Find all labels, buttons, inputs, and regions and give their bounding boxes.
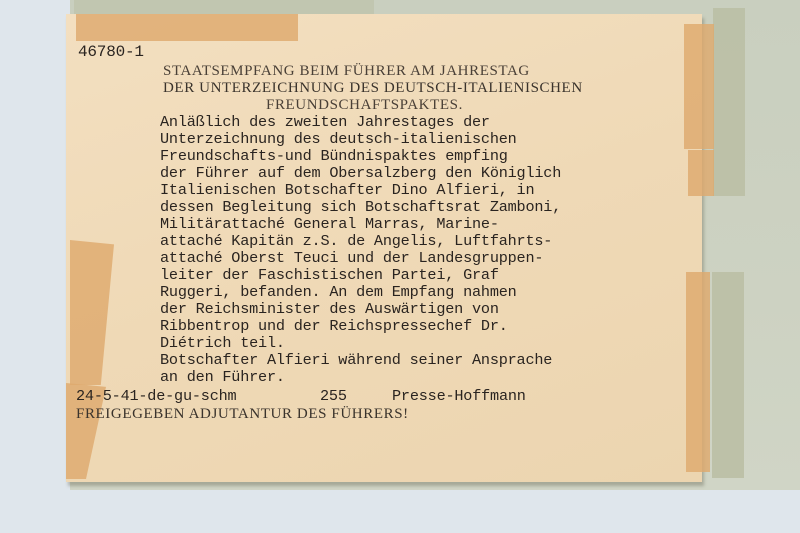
body-line: der Führer auf dem Obersalzberg den Köni… <box>160 165 561 182</box>
body-line: Anläßlich des zweiten Jahrestages der <box>160 114 490 131</box>
footer-number: 255 <box>320 388 347 405</box>
body-line: an den Führer. <box>160 369 285 386</box>
body-line: der Reichsminister des Auswärtigen von <box>160 301 499 318</box>
body-line: Italienischen Botschafter Dino Alfieri, … <box>160 182 534 199</box>
footer-date-code: 24-5-41-de-gu-schm <box>76 388 236 405</box>
body-line: Unterzeichnung des deutsch-italienischen <box>160 131 517 148</box>
footer-release-note: FREIGEGEBEN ADJUTANTUR DES FÜHRERS! <box>76 406 409 423</box>
body-line: attaché Oberst Teuci und der Landesgrupp… <box>160 250 543 267</box>
body-line: Ribbentrop und der Reichspressechef Dr. <box>160 318 508 335</box>
body-line: Freundschafts-und Bündnispaktes empfing <box>160 148 508 165</box>
body-line: dessen Begleitung sich Botschaftsrat Zam… <box>160 199 561 216</box>
headline-line-3: FREUNDSCHAFTSPAKTES. <box>266 97 463 114</box>
headline-line-2: DER UNTERZEICHNUNG DES DEUTSCH-ITALIENIS… <box>163 80 583 97</box>
typed-caption: 46780-1 STAATSEMPFANG BEIM FÜHRER AM JAH… <box>0 0 800 533</box>
body-line: attaché Kapitän z.S. de Angelis, Luftfah… <box>160 233 552 250</box>
body-line: Militärattaché General Marras, Marine- <box>160 216 499 233</box>
body-line: Botschafter Alfieri während seiner Anspr… <box>160 352 552 369</box>
body-line: leiter der Faschistischen Partei, Graf <box>160 267 499 284</box>
reference-number: 46780-1 <box>78 44 144 61</box>
footer-agency: Presse-Hoffmann <box>392 388 526 405</box>
headline-line-1: STAATSEMPFANG BEIM FÜHRER AM JAHRESTAG <box>163 63 530 80</box>
body-line: Diétrich teil. <box>160 335 285 352</box>
body-line: Ruggeri, befanden. An dem Empfang nahmen <box>160 284 517 301</box>
